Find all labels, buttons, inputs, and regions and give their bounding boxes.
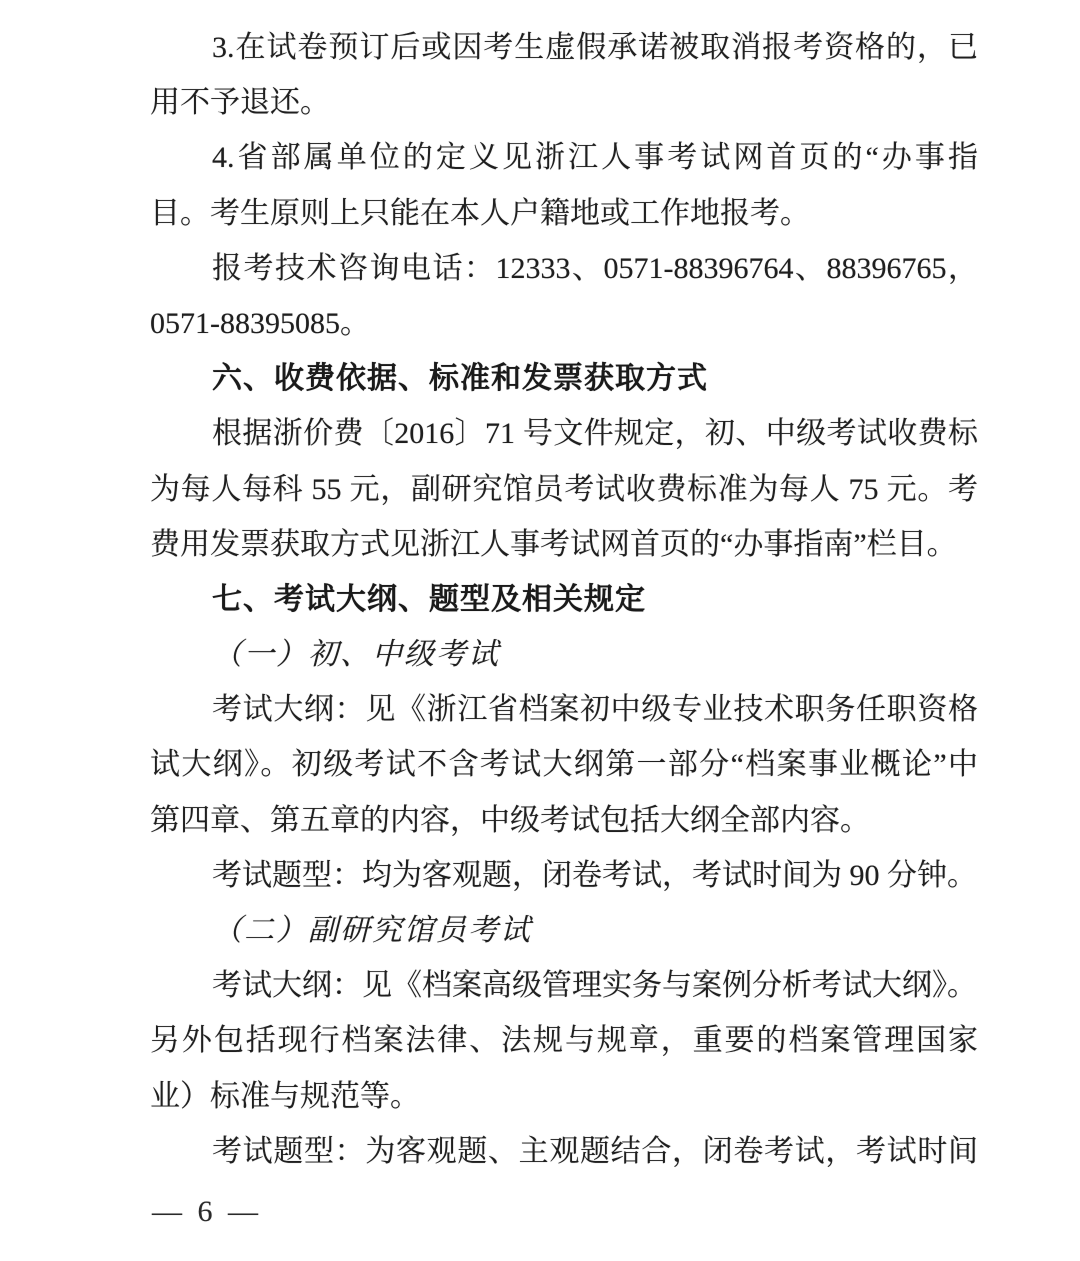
page-number: — 6 — <box>152 1190 262 1234</box>
subsection-heading: （一）初、中级考试 <box>150 627 978 682</box>
text-line: 考试大纲：见《浙江省档案初中级专业技术职务任职资格考 <box>150 682 978 737</box>
text-line: 考试题型：均为客观题，闭卷考试，考试时间为 90 分钟。 <box>150 848 978 903</box>
text-line: 4.省部属单位的定义见浙江人事考试网首页的“办事指南”栏 <box>150 130 978 185</box>
section-heading: 六、收费依据、标准和发票获取方式 <box>150 351 978 406</box>
text-line: 报考技术咨询电话：12333、0571-88396764、88396765，传真… <box>150 241 978 296</box>
section-heading: 七、考试大纲、题型及相关规定 <box>150 572 978 627</box>
text-line: 用不予退还。 <box>150 75 978 130</box>
text-line: 试大纲》。初级考试不含考试大纲第一部分“档案事业概论”中 <box>150 737 978 792</box>
text-line: 3.在试卷预订后或因考生虚假承诺被取消报考资格的，已交费 <box>150 20 978 75</box>
text-line: 0571-88395085。 <box>150 296 978 351</box>
text-line: 为每人每科 55 元，副研究馆员考试收费标准为每人 75 元。考试 <box>150 462 978 517</box>
subsection-heading: （二）副研究馆员考试 <box>150 903 978 958</box>
text-line: 另外包括现行档案法律、法规与规章，重要的档案管理国家（行 <box>150 1013 978 1068</box>
text-line: 目。考生原则上只能在本人户籍地或工作地报考。 <box>150 186 978 241</box>
text-line: 考试大纲：见《档案高级管理实务与案例分析考试大纲》。 <box>150 958 978 1013</box>
text-line: 业）标准与规范等。 <box>150 1069 978 1124</box>
document-body: 3.在试卷预订后或因考生虚假承诺被取消报考资格的，已交费用不予退还。4.省部属单… <box>150 20 978 1179</box>
text-line: 考试题型：为客观题、主观题结合，闭卷考试，考试时间为 1 <box>150 1124 978 1179</box>
scanned-document-page: 3.在试卷预订后或因考生虚假承诺被取消报考资格的，已交费用不予退还。4.省部属单… <box>0 0 1080 1261</box>
text-line: 根据浙价费〔2016〕71 号文件规定，初、中级考试收费标准 <box>150 406 978 461</box>
text-line: 费用发票获取方式见浙江人事考试网首页的“办事指南”栏目。 <box>150 517 978 572</box>
text-line: 第四章、第五章的内容，中级考试包括大纲全部内容。 <box>150 793 978 848</box>
